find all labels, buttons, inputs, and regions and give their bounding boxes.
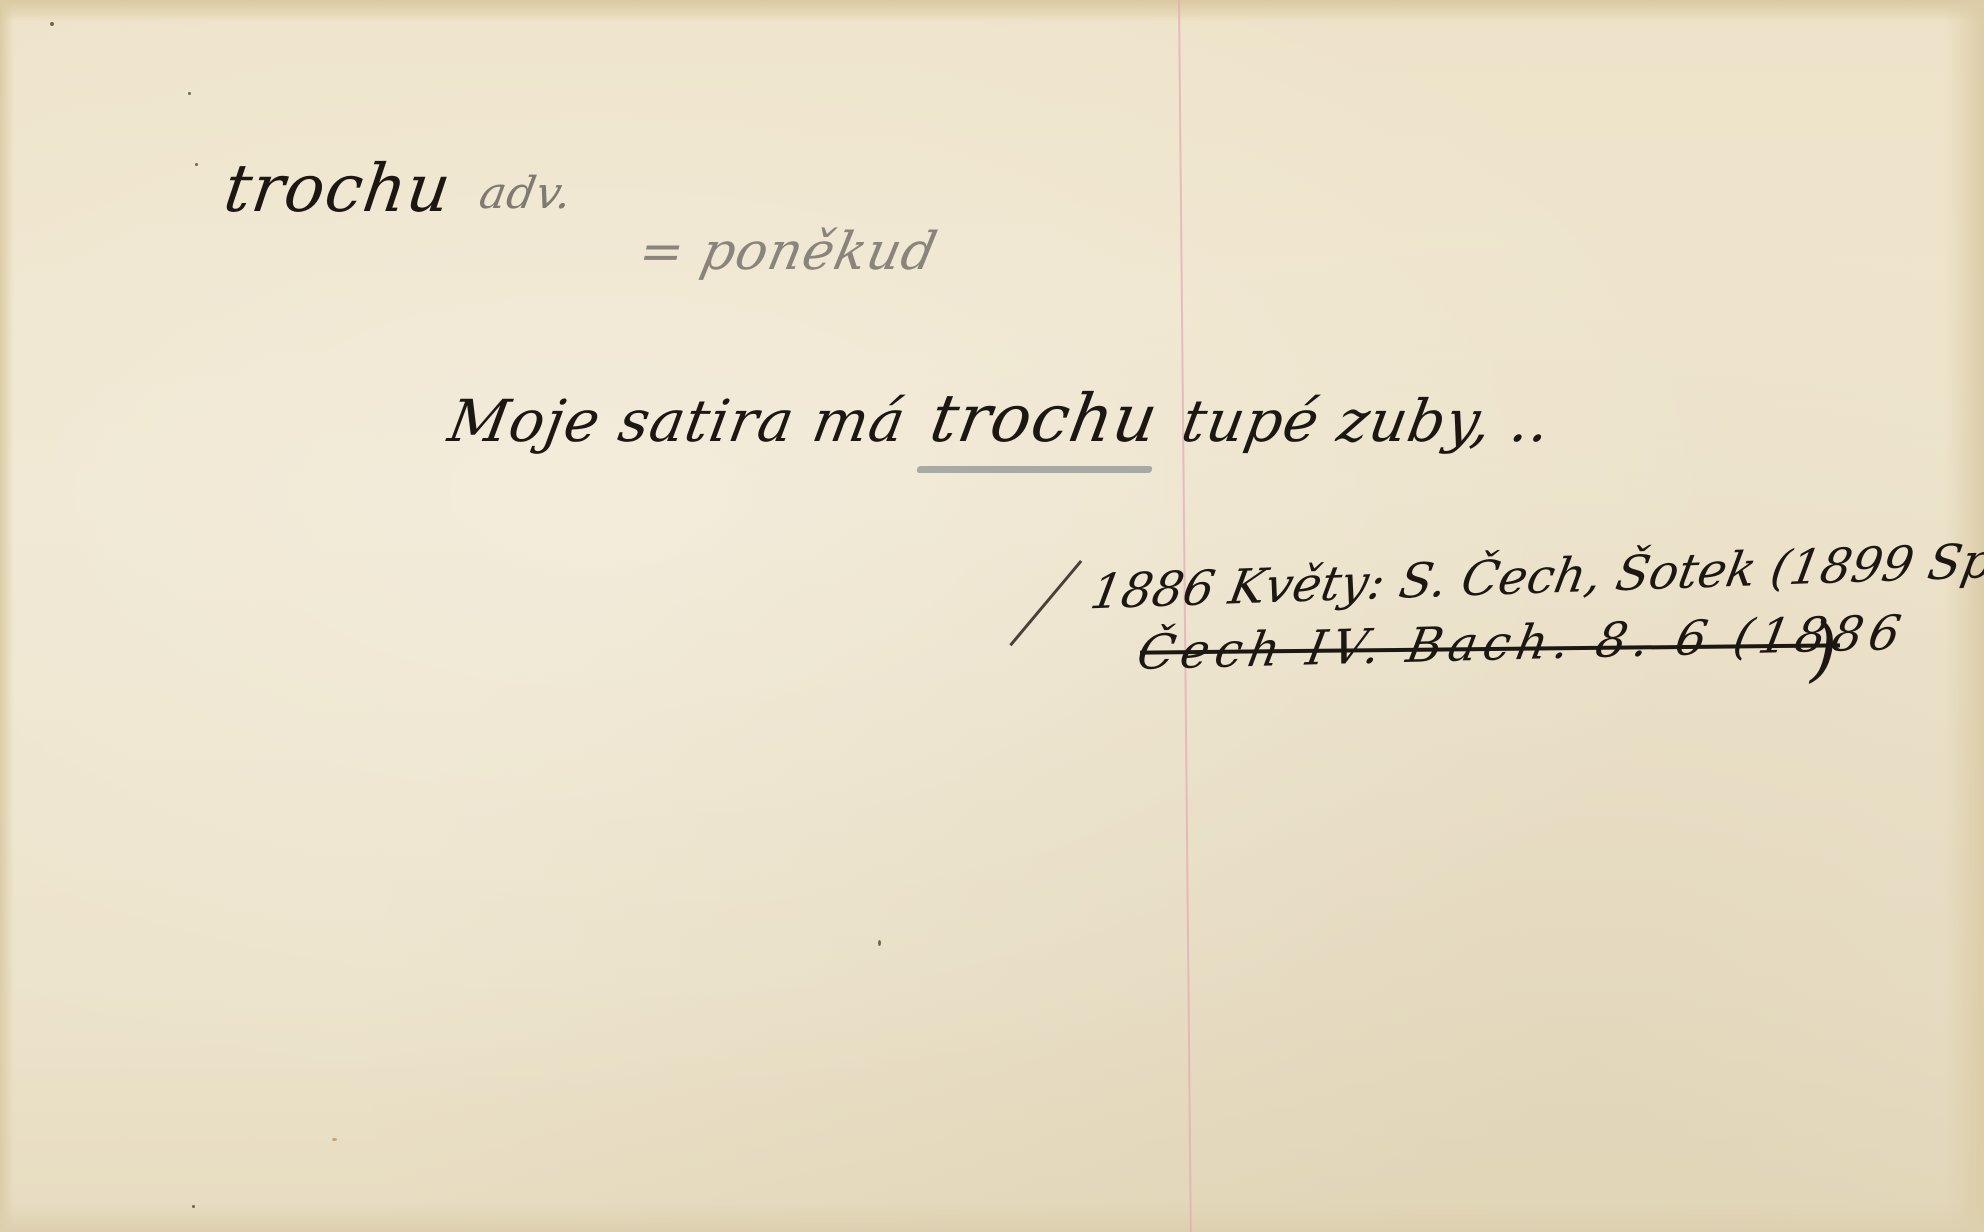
part-of-speech: adv. [476,168,577,219]
source-closing-paren: ) [1810,608,1837,690]
card-bottom-edge [0,1202,1984,1232]
source-bracket-stroke [1009,560,1082,646]
ink-speck [188,92,191,95]
ink-speck [50,22,54,26]
ink-speck [878,940,881,946]
example-before: Moje satira má [444,387,912,455]
ink-speck [192,1205,195,1208]
stain-speck [332,1138,337,1141]
card-left-edge [0,0,14,1232]
example-after: tupé zuby, .. [1177,387,1556,455]
index-card: trochu adv. = poněkud Moje satira má tro… [0,0,1984,1232]
ink-speck [195,163,198,166]
card-top-edge [0,0,1984,22]
example-sentence: Moje satira má trochu tupé zuby, .. [443,380,1557,457]
example-headword-underlined: trochu [925,380,1164,457]
headword: trochu [220,150,457,227]
card-right-edge [1944,0,1984,1232]
gloss: = poněkud [634,222,943,282]
